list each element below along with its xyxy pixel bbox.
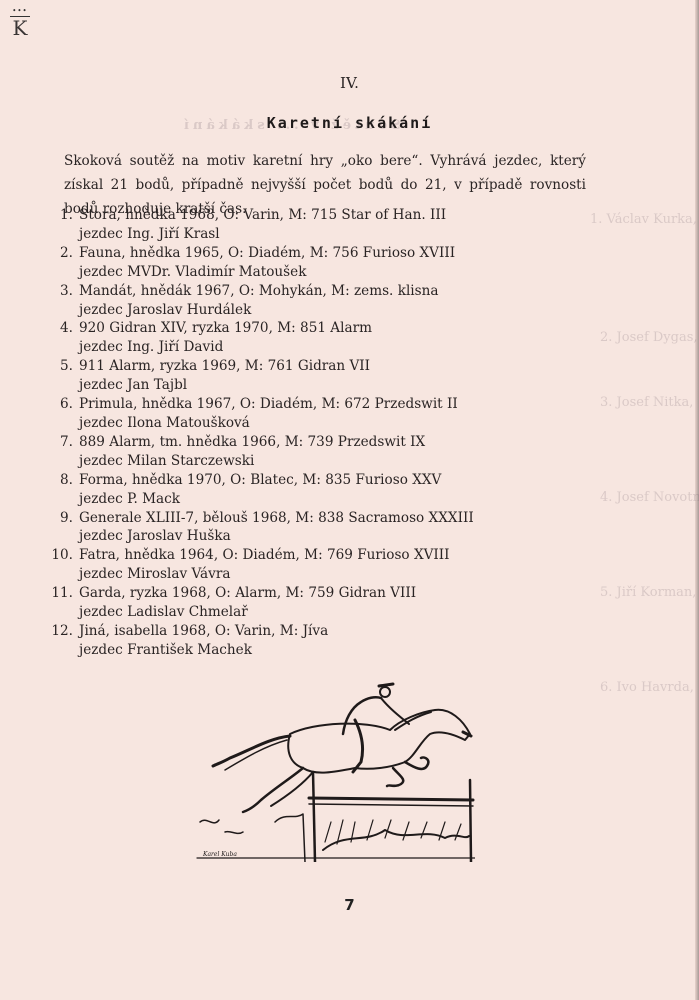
horse-info: Fatra, hnědka 1964, O: Diadém, M: 769 Fu…: [79, 546, 566, 565]
bleed-through-line: 2. Josef Dygas,: [600, 330, 698, 345]
entry-number: 7.: [46, 433, 79, 471]
entry-number: 9.: [46, 509, 79, 547]
bleed-through-line: 3. Josef Nitka,: [600, 395, 693, 410]
bleed-through-line: 1. Václav Kurka,: [590, 212, 697, 227]
rider-info: jezdec Miroslav Vávra: [79, 565, 566, 584]
list-item: 7.889 Alarm, tm. hnědka 1966, M: 739 Prz…: [46, 433, 566, 471]
bleed-through-line: 6. Ivo Havrda,: [600, 680, 694, 695]
horse-info: 920 Gidran XIV, ryzka 1970, M: 851 Alarm: [79, 319, 566, 338]
entry-number: 12.: [46, 622, 79, 660]
horse-info: Stora, hnědka 1968, O: Varin, M: 715 Sta…: [79, 206, 566, 225]
list-item: 2.Fauna, hnědka 1965, O: Diadém, M: 756 …: [46, 244, 566, 282]
list-item: 8.Forma, hnědka 1970, O: Blatec, M: 835 …: [46, 471, 566, 509]
entry-number: 1.: [46, 206, 79, 244]
rider-info: jezdec Jan Tajbl: [79, 376, 566, 395]
entry-number: 2.: [46, 244, 79, 282]
horse-info: Mandát, hnědák 1967, O: Mohykán, M: zems…: [79, 282, 566, 301]
list-item: 9.Generale XLIII-7, bělouš 1968, M: 838 …: [46, 509, 566, 547]
logo-letter: K: [8, 17, 32, 39]
entry-number: 4.: [46, 319, 79, 357]
rider-info: jezdec Ing. Jiří Krasl: [79, 225, 566, 244]
rider-info: jezdec Milan Starczewski: [79, 452, 566, 471]
entry-number: 5.: [46, 357, 79, 395]
horse-info: Generale XLIII-7, bělouš 1968, M: 838 Sa…: [79, 509, 566, 528]
horse-info: Primula, hnědka 1967, O: Diadém, M: 672 …: [79, 395, 566, 414]
artist-signature: Karel Kuba: [202, 851, 237, 858]
list-item: 1.Stora, hnědka 1968, O: Varin, M: 715 S…: [46, 206, 566, 244]
list-item: 6.Primula, hnědka 1967, O: Diadém, M: 67…: [46, 395, 566, 433]
entry-number: 10.: [46, 546, 79, 584]
rider-info: jezdec František Machek: [79, 641, 566, 660]
rider-info: jezdec Ing. Jiří David: [79, 338, 566, 357]
list-item: 11.Garda, ryzka 1968, O: Alarm, M: 759 G…: [46, 584, 566, 622]
horse-info: 889 Alarm, tm. hnědka 1966, M: 739 Przed…: [79, 433, 566, 452]
entry-number: 3.: [46, 282, 79, 320]
entry-number: 6.: [46, 395, 79, 433]
list-item: 4.920 Gidran XIV, ryzka 1970, M: 851 Ala…: [46, 319, 566, 357]
rider-info: jezdec Ilona Matoušková: [79, 414, 566, 433]
horse-info: 911 Alarm, ryzka 1969, M: 761 Gidran VII: [79, 357, 566, 376]
horse-info: Garda, ryzka 1968, O: Alarm, M: 759 Gidr…: [79, 584, 566, 603]
section-title: Karetní skákání: [0, 114, 699, 132]
list-item: 10.Fatra, hnědka 1964, O: Diadém, M: 769…: [46, 546, 566, 584]
horse-info: Forma, hnědka 1970, O: Blatec, M: 835 Fu…: [79, 471, 566, 490]
horse-jumping-illustration: Karel Kuba: [195, 672, 475, 862]
publisher-logo: ••• K: [8, 8, 32, 39]
rider-info: jezdec Ladislav Chmelař: [79, 603, 566, 622]
crown-dots-icon: •••: [8, 8, 32, 15]
bleed-through-line: 4. Josef Novotný,: [600, 490, 699, 505]
horse-info: Fauna, hnědka 1965, O: Diadém, M: 756 Fu…: [79, 244, 566, 263]
list-item: 12.Jiná, isabella 1968, O: Varin, M: Jív…: [46, 622, 566, 660]
rider-info: jezdec MVDr. Vladimír Matoušek: [79, 263, 566, 282]
chapter-number: IV.: [0, 74, 699, 92]
horse-info: Jiná, isabella 1968, O: Varin, M: Jíva: [79, 622, 566, 641]
page-number: 7: [0, 896, 699, 914]
rider-info: jezdec Jaroslav Hurdálek: [79, 301, 566, 320]
rider-info: jezdec Jaroslav Huška: [79, 527, 566, 546]
results-list: 1.Stora, hnědka 1968, O: Varin, M: 715 S…: [46, 206, 566, 660]
rider-info: jezdec P. Mack: [79, 490, 566, 509]
list-item: 5.911 Alarm, ryzka 1969, M: 761 Gidran V…: [46, 357, 566, 395]
list-item: 3.Mandát, hnědák 1967, O: Mohykán, M: ze…: [46, 282, 566, 320]
bleed-through-line: 5. Jiří Korman,: [600, 585, 696, 600]
entry-number: 11.: [46, 584, 79, 622]
entry-number: 8.: [46, 471, 79, 509]
